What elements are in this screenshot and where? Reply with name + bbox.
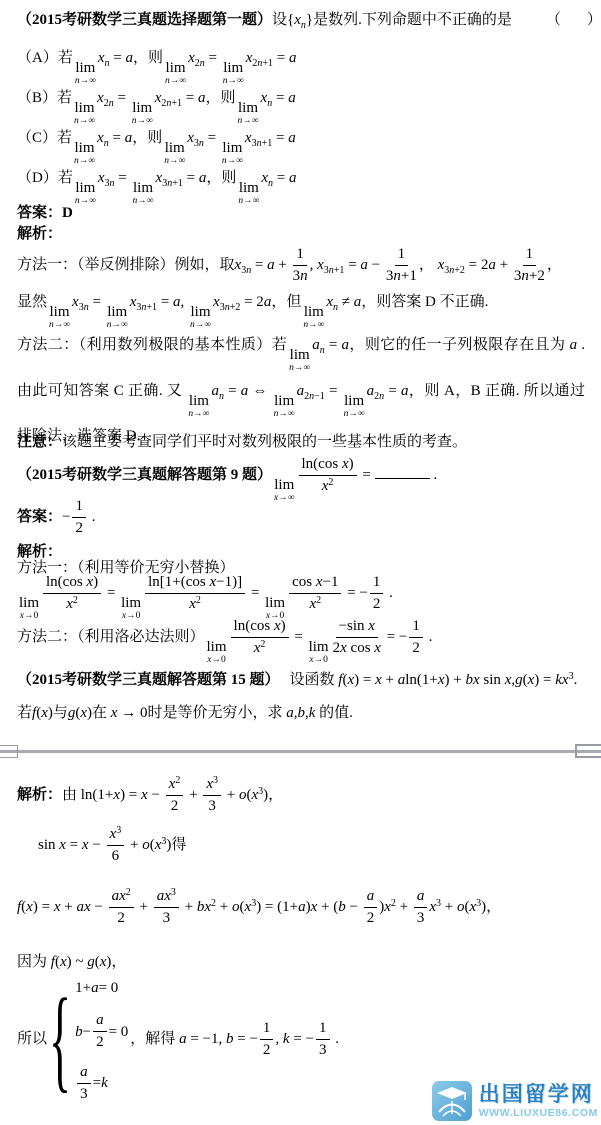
- logo-site-url: WWW.LIUXUE86.COM: [479, 1107, 598, 1119]
- q1-title: （2015考研数学三真题选择题第一题）设{xn}是数列.下列命题中不正确的是（）: [17, 8, 601, 32]
- q9-method1-equation: limx→0ln(cos x)x2 = limx→0ln[1+(cos x−1)…: [17, 574, 393, 622]
- logo-site-name: 出国留学网: [479, 1083, 598, 1107]
- q1-method1: 方法一：（举反例排除）例如，取x3n = a + 13n, x3n+1 = a …: [17, 246, 562, 286]
- q15-conclusion: 所以{1+ a = 0b − a2 = 0a3 = k，解得 a = −1, b…: [17, 976, 339, 1103]
- q1-option-a: （A）若limn→∞xn = a，则limn→∞x2n = limn→∞x2n+…: [17, 46, 297, 87]
- q15-fx-expansion: f(x) = x + ax − ax22 + ax33 + bx2 + o(x3…: [17, 888, 501, 928]
- q1-method1-result: 显然limn→∞x3n = limn→∞x3n+1 = a, limn→∞x3n…: [17, 290, 488, 331]
- page-break-left-marker: [0, 745, 18, 758]
- q9-method2: 方法二：（利用洛必达法则）limx→0ln(cos x)x2 = limx→0−…: [17, 618, 432, 666]
- q1-option-c: （C）若limn→∞xn = a，则limn→∞x3n = limn→∞x3n+…: [17, 126, 296, 167]
- q1-analysis-label: 解析：: [17, 222, 62, 246]
- q1-note: 注意：该题主要考查同学们平时对数列极限的一些基本性质的考查。: [17, 430, 467, 454]
- graduation-cap-icon: [432, 1081, 472, 1121]
- q15-because: 因为 f(x) ~ g(x)，: [17, 950, 126, 974]
- q15-solution-intro: 解析：由 ln(1+x) = x − x22 + x33 + o(x3)，: [17, 776, 283, 816]
- q9-title: （2015考研数学三真题解答题第 9 题）limx→∞ln(cos x)x2 =…: [17, 456, 437, 504]
- document-page: { "logo": { "site_name": "出国留学网", "site_…: [0, 0, 601, 1125]
- q1-option-b: （B）若limn→∞x2n = limn→∞x2n+1 = a，则limn→∞x…: [17, 86, 296, 127]
- page-break-line: [0, 750, 601, 753]
- liuxue86-logo: 出国留学网 WWW.LIUXUE86.COM: [432, 1081, 598, 1121]
- page-break-divider: [0, 742, 601, 762]
- page-break-right-marker: [575, 744, 601, 758]
- q15-sin-expansion: sin x = x − x36 + o(x3)得: [38, 826, 186, 866]
- q9-answer: 答案：−12 .: [17, 498, 95, 538]
- q15-title: （2015考研数学三真题解答题第 15 题）设函数 f(x) = x + aln…: [17, 664, 583, 730]
